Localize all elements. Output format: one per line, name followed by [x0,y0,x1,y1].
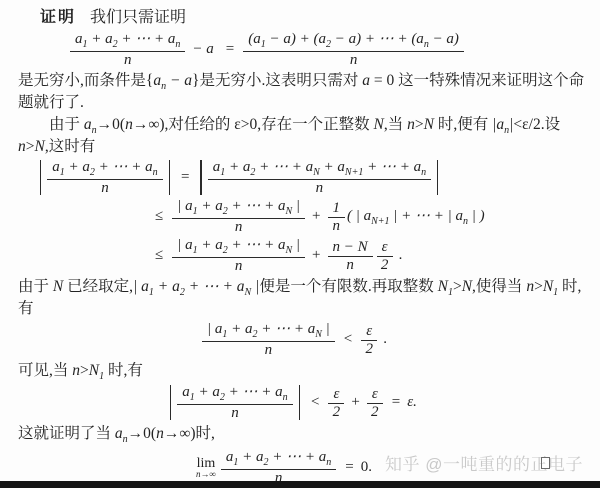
equation-identity: a1 + a2 + ⋯ + an n − a = (a1 − a) + (a2 … [68,31,586,68]
fraction-denominator: n [235,219,243,235]
fraction-numerator: ε [377,239,393,257]
fraction-denominator: n [231,405,239,421]
inline-math: n [18,138,26,155]
proof-intro-paragraph: 证明我们只需证明 [18,7,586,28]
fraction-mean-an: a1 + a2 + ⋯ + an n [177,384,292,421]
fraction-mean-an: a1 + a2 + ⋯ + an n [47,159,162,196]
lim-subscript: n→∞ [196,470,216,479]
absolute-value-bar [437,160,438,195]
fraction-numerator: (a1 − a) + (a2 − a) + ⋯ + (an − a) [243,31,464,52]
fraction-denominator: n [316,180,324,196]
absolute-value-bar [169,160,170,195]
proof-label: 证明 [40,9,76,26]
fraction-numerator: a1 + a2 + ⋯ + aN + aN+1 + ⋯ + an [208,159,431,180]
inline-text: →0( [128,425,156,442]
equation-epsilon-conclusion: a1 + a2 + ⋯ + an n < ε 2 + ε 2 = ε. [166,384,586,421]
fraction-finite-part: | a1 + a2 + ⋯ + aN | n [202,321,335,358]
fraction-mean-an: a1 + a2 + ⋯ + an n [70,31,185,68]
inline-text: 时,有 [104,362,143,379]
inline-text: 便是一个有限数.再取整数 [259,278,437,295]
inline-text: > [80,362,89,379]
fraction-numerator: a1 + a2 + ⋯ + an [221,449,336,470]
fraction-denominator: 2 [381,257,389,273]
plus-sign: + [351,394,359,411]
inline-text: 可见,当 [18,362,72,379]
equals-sign: = [226,41,234,58]
bottom-black-bar [0,481,600,488]
inline-text: 时,便有 [434,116,492,133]
inline-text: →∞),对任给的 ε>0,存在一个正整数 [133,116,374,133]
inline-math: an [84,116,97,133]
absolute-value-group: a1 + a2 + ⋯ + an n [166,384,304,421]
paragraph-kejian: 可见,当 n>N1 时,有 [18,360,586,382]
absolute-value-bar [200,160,201,195]
zhihu-watermark: 知乎 @一吨重的的正电子 [385,450,595,475]
inline-text: > [453,278,462,295]
tail-abs-sum: ( | aN+1 | + ⋯ + | an | ) [347,206,485,227]
inline-math: an [115,425,128,442]
inline-text: 这就证明了当 [18,425,115,442]
fraction-epsilon-half: ε 2 [328,386,344,420]
inline-math: N [53,278,63,295]
inline-text: <ε/2.设 [513,116,560,133]
leq-sign: ≤ [155,208,163,225]
inline-text: > [26,138,35,155]
fraction-denominator: n [265,342,273,358]
equation-finite-bound: | a1 + a2 + ⋯ + aN | n < ε 2 . [200,321,586,358]
inline-math: n [526,278,534,295]
fraction-epsilon-half: ε 2 [377,239,393,273]
fraction-denominator: 2 [333,404,341,420]
inline-math: n [156,425,164,442]
period: . [383,331,387,348]
plus-sign: + [312,208,320,225]
absolute-value-bar [170,385,171,420]
fraction-numerator: | a1 + a2 + ⋯ + aN | [202,321,335,342]
less-than-sign: < [344,331,352,348]
fraction-n-minus-N: n − N n [328,239,373,273]
fraction-denominator: n [124,52,132,68]
proof-content: 证明我们只需证明 a1 + a2 + ⋯ + an n − a = (a1 − … [0,0,600,486]
inline-text: 由于 [18,278,53,295]
absolute-value-group: a1 + a2 + ⋯ + an n [36,159,174,196]
equals-sign: = [345,459,353,476]
minus-a-term: − a [192,41,213,58]
paragraph-infinitesimal-remark: 是无穷小,而条件是{an − a}是无穷小.这表明只需对 a = 0 这一特殊情… [18,70,586,113]
paragraph-N-fixed: 由于 N 已经取定,| a1 + a2 + ⋯ + aN |便是一个有限数.再取… [18,276,586,319]
fraction-numerator: ε [361,323,377,341]
fraction-denominator: n [101,180,109,196]
fraction-mean-differences: (a1 − a) + (a2 − a) + ⋯ + (an − a) n [243,31,464,68]
qed-box [541,457,550,469]
inline-math: a [362,72,370,89]
less-than-sign: < [311,394,319,411]
inline-math: N [462,278,472,295]
plus-sign: + [312,247,320,264]
fraction-denominator: 2 [365,341,373,357]
inline-math: an − a [153,72,192,89]
fraction-epsilon-half: ε 2 [361,323,377,357]
inline-text: ,使得当 [472,278,526,295]
proof-intro-text: 我们只需证明 [90,9,186,26]
equation-row-split: a1 + a2 + ⋯ + an n = a1 + a2 + ⋯ + aN + … [36,159,586,196]
leq-sign: ≤ [155,247,163,264]
inline-math: N1 [89,362,104,379]
inline-text: →0( [97,116,125,133]
inline-math: |an| [492,116,513,133]
fraction-denominator: n [346,257,354,273]
fraction-denominator: 2 [371,404,379,420]
fraction-numerator: ε [328,386,344,404]
equals-sign: = [181,169,189,186]
limit-operator: lim n→∞ [196,457,216,479]
inline-text: > [415,116,424,133]
fraction-numerator: n − N [328,239,373,257]
limit-value: 0. [361,459,372,476]
inline-text: →∞)时, [164,425,215,442]
fraction-numerator: | a1 + a2 + ⋯ + aN | [172,198,305,219]
period: . [399,247,403,264]
inline-text: }是无穷小.这表明只需对 [192,72,362,89]
absolute-value-bar [40,160,41,195]
equation-row-bound1: ≤ | a1 + a2 + ⋯ + aN | n + 1 n ( | aN+1 … [148,198,586,235]
inline-math: N1 [543,278,558,295]
fraction-epsilon-half: ε 2 [367,386,383,420]
inline-math: n [125,116,133,133]
fraction-denominator: n [235,258,243,274]
equals-sign: = [392,394,400,411]
document-page: 证明我们只需证明 a1 + a2 + ⋯ + an n − a = (a1 − … [0,0,600,488]
inline-text: > [534,278,543,295]
inline-math: n [407,116,415,133]
fraction-numerator: 1 [328,200,346,218]
inline-math: | a1 + a2 + ⋯ + aN | [133,278,259,295]
fraction-denominator: n [350,52,358,68]
equation-row-bound2: ≤ | a1 + a2 + ⋯ + aN | n + n − N n ε 2 . [148,237,586,274]
inline-math: N [35,138,45,155]
fraction-numerator: | a1 + a2 + ⋯ + aN | [172,237,305,258]
absolute-value-bar [299,385,300,420]
inline-text: 已经取定, [63,278,133,295]
fraction-finite-part: | a1 + a2 + ⋯ + aN | n [172,198,305,235]
inline-math: N1 [438,278,453,295]
fraction-finite-part: | a1 + a2 + ⋯ + aN | n [172,237,305,274]
fraction-denominator: n [333,218,341,234]
absolute-value-group: a1 + a2 + ⋯ + aN + aN+1 + ⋯ + an n [196,159,442,196]
fraction-one-over-n: 1 n [328,200,346,234]
fraction-numerator: a1 + a2 + ⋯ + an [177,384,292,405]
inline-math: n [72,362,80,379]
inline-math: N [374,116,384,133]
inline-text: 是无穷小,而条件是{ [18,72,153,89]
fraction-numerator: a1 + a2 + ⋯ + an [70,31,185,52]
inline-text: ,当 [384,116,407,133]
epsilon-result: ε. [407,394,417,411]
fraction-numerator: a1 + a2 + ⋯ + an [47,159,162,180]
paragraph-epsilon-setup: 由于 an→0(n→∞),对任给的 ε>0,存在一个正整数 N,当 n>N 时,… [18,114,586,157]
paragraph-conclusion: 这就证明了当 an→0(n→∞)时, [18,423,586,445]
fraction-numerator: ε [367,386,383,404]
inline-text: ,这时有 [45,138,95,155]
inline-text: 由于 [49,116,84,133]
inline-math: N [424,116,434,133]
fraction-mean-split: a1 + a2 + ⋯ + aN + aN+1 + ⋯ + an n [208,159,431,196]
